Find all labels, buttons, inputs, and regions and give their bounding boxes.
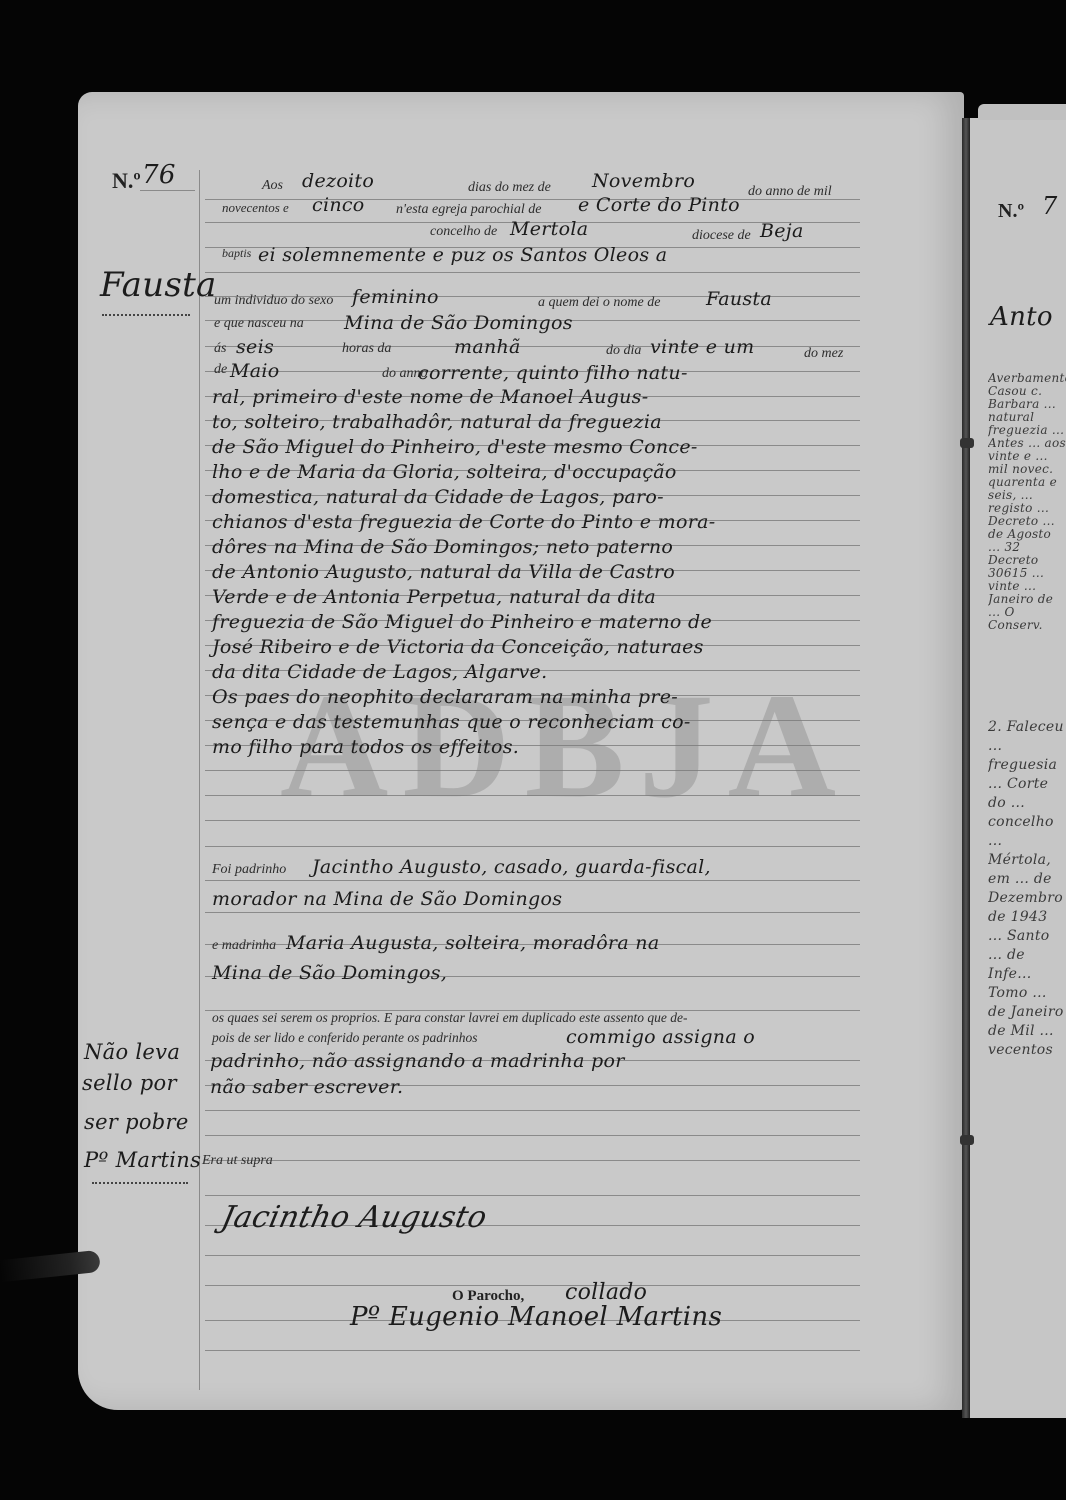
hand-month: Novembro	[592, 170, 695, 192]
margin-note-line: Não leva	[84, 1040, 180, 1064]
body-line: freguezia de São Miguel do Pinheiro e ma…	[212, 611, 712, 633]
adjacent-annotation: 2. Faleceu ... freguesia ... Corte do ..…	[988, 718, 1066, 1058]
padrinho-label: Foi padrinho	[212, 862, 286, 878]
priest-signature: Pº Eugenio Manoel Martins	[350, 1302, 722, 1332]
printed-label: de	[214, 362, 227, 378]
printed-label: dias do mez de	[468, 180, 551, 196]
printed-label: baptis	[222, 246, 251, 261]
body-line: de Antonio Augusto, natural da Villa de …	[212, 561, 675, 583]
padrinho-text: Jacintho Augusto, casado, guarda-fiscal,	[312, 856, 711, 878]
printed-label: do mez	[804, 346, 843, 362]
hand-day: vinte e um	[650, 336, 755, 358]
closing-hand: padrinho, não assignando a madrinha por	[210, 1050, 625, 1072]
body-line: Os paes do neophito declararam na minha …	[212, 686, 678, 708]
body-line: chianos d'esta freguezia de Corte do Pin…	[212, 511, 715, 533]
printed-label: novecentos e	[222, 200, 289, 216]
margin-rule	[199, 170, 200, 1390]
margin-note-signature: Pº Martins	[84, 1148, 201, 1172]
adjacent-entry-label: N.º	[998, 200, 1024, 223]
printed-label: a quem dei o nome de	[538, 295, 660, 311]
body-line: ral, primeiro d'este nome de Manoel Augu…	[212, 386, 648, 408]
body-line: to, solteiro, trabalhadôr, natural da fr…	[212, 411, 662, 433]
binding-clip	[960, 1135, 974, 1145]
godfather-signature: Jacintho Augusto	[218, 1200, 490, 1235]
body-line: mo filho para todos os effeitos.	[212, 736, 519, 758]
madrinha-text: Mina de São Domingos,	[212, 962, 447, 984]
binding-clip	[960, 438, 974, 448]
padrinho-text: morador na Mina de São Domingos	[212, 888, 562, 910]
era-ut-supra: Era ut supra	[202, 1153, 273, 1169]
printed-label: e que nasceu na	[214, 316, 304, 332]
hand-concelho: Mertola	[510, 218, 588, 240]
hand-month: Maio	[230, 360, 280, 382]
adjacent-name: Anto	[990, 302, 1053, 332]
hand-diocese: Beja	[760, 220, 804, 242]
body-line: de São Miguel do Pinheiro, d'este mesmo …	[212, 436, 698, 458]
madrinha-text: Maria Augusta, solteira, moradôra na	[286, 932, 659, 954]
hand-sex: feminino	[352, 286, 439, 308]
hand-parish: e Corte do Pinto	[578, 194, 740, 216]
hand-text: corrente, quinto filho natu-	[418, 362, 688, 384]
printed-label: n'esta egreja parochial de	[396, 202, 541, 218]
hand-day: dezoito	[302, 170, 374, 192]
printed-label: horas da	[342, 341, 391, 357]
hand-name: Fausta	[706, 288, 772, 310]
hand-birthplace: Mina de São Domingos	[344, 312, 573, 334]
printed-label: concelho de	[430, 224, 497, 240]
adjacent-entry-number: 7	[1042, 192, 1058, 220]
madrinha-label: e madrinha	[212, 938, 276, 954]
hand-text: ei solemnemente e puz os Santos Oleos a	[258, 244, 667, 266]
body-line: dôres na Mina de São Domingos; neto pate…	[212, 536, 673, 558]
body-line: da dita Cidade de Lagos, Algarve.	[212, 661, 547, 683]
closing-hand: commigo assigna o	[566, 1026, 755, 1048]
printed-label: do anno de mil	[748, 184, 832, 200]
entry-number: 76	[142, 160, 176, 190]
book-gutter	[962, 118, 970, 1418]
printed-label: um individuo do sexo	[214, 293, 333, 309]
body-line: lho e de Maria da Gloria, solteira, d'oc…	[212, 461, 677, 483]
closing-printed: os quaes sei serem os proprios. E para c…	[212, 1010, 687, 1026]
margin-note-line: ser pobre	[84, 1110, 189, 1134]
entry-number-label: N.º	[112, 168, 141, 194]
body-line: José Ribeiro e de Victoria da Conceição,…	[212, 636, 704, 658]
printed-label: ás	[214, 341, 226, 357]
margin-name: Fausta	[100, 265, 217, 305]
body-line: sença e das testemunhas que o reconhecia…	[212, 711, 691, 733]
hand-year: cinco	[312, 194, 365, 216]
hand-period: manhã	[454, 336, 521, 358]
margin-note-line: sello por	[82, 1071, 177, 1095]
body-line: domestica, natural da Cidade de Lagos, p…	[212, 486, 664, 508]
printed-label: do dia	[606, 343, 641, 359]
closing-hand: não saber escrever.	[210, 1076, 403, 1098]
printed-label: Aos	[262, 178, 283, 194]
name-underline	[102, 312, 190, 316]
closing-printed: pois de ser lido e conferido perante os …	[212, 1030, 477, 1046]
hand-hour: seis	[236, 336, 274, 358]
body-line: Verde e de Antonia Perpetua, natural da …	[212, 586, 656, 608]
adjacent-annotation: Averbamento Casou c. Barbara ... natural…	[988, 372, 1066, 672]
printed-label: diocese de	[692, 228, 751, 244]
